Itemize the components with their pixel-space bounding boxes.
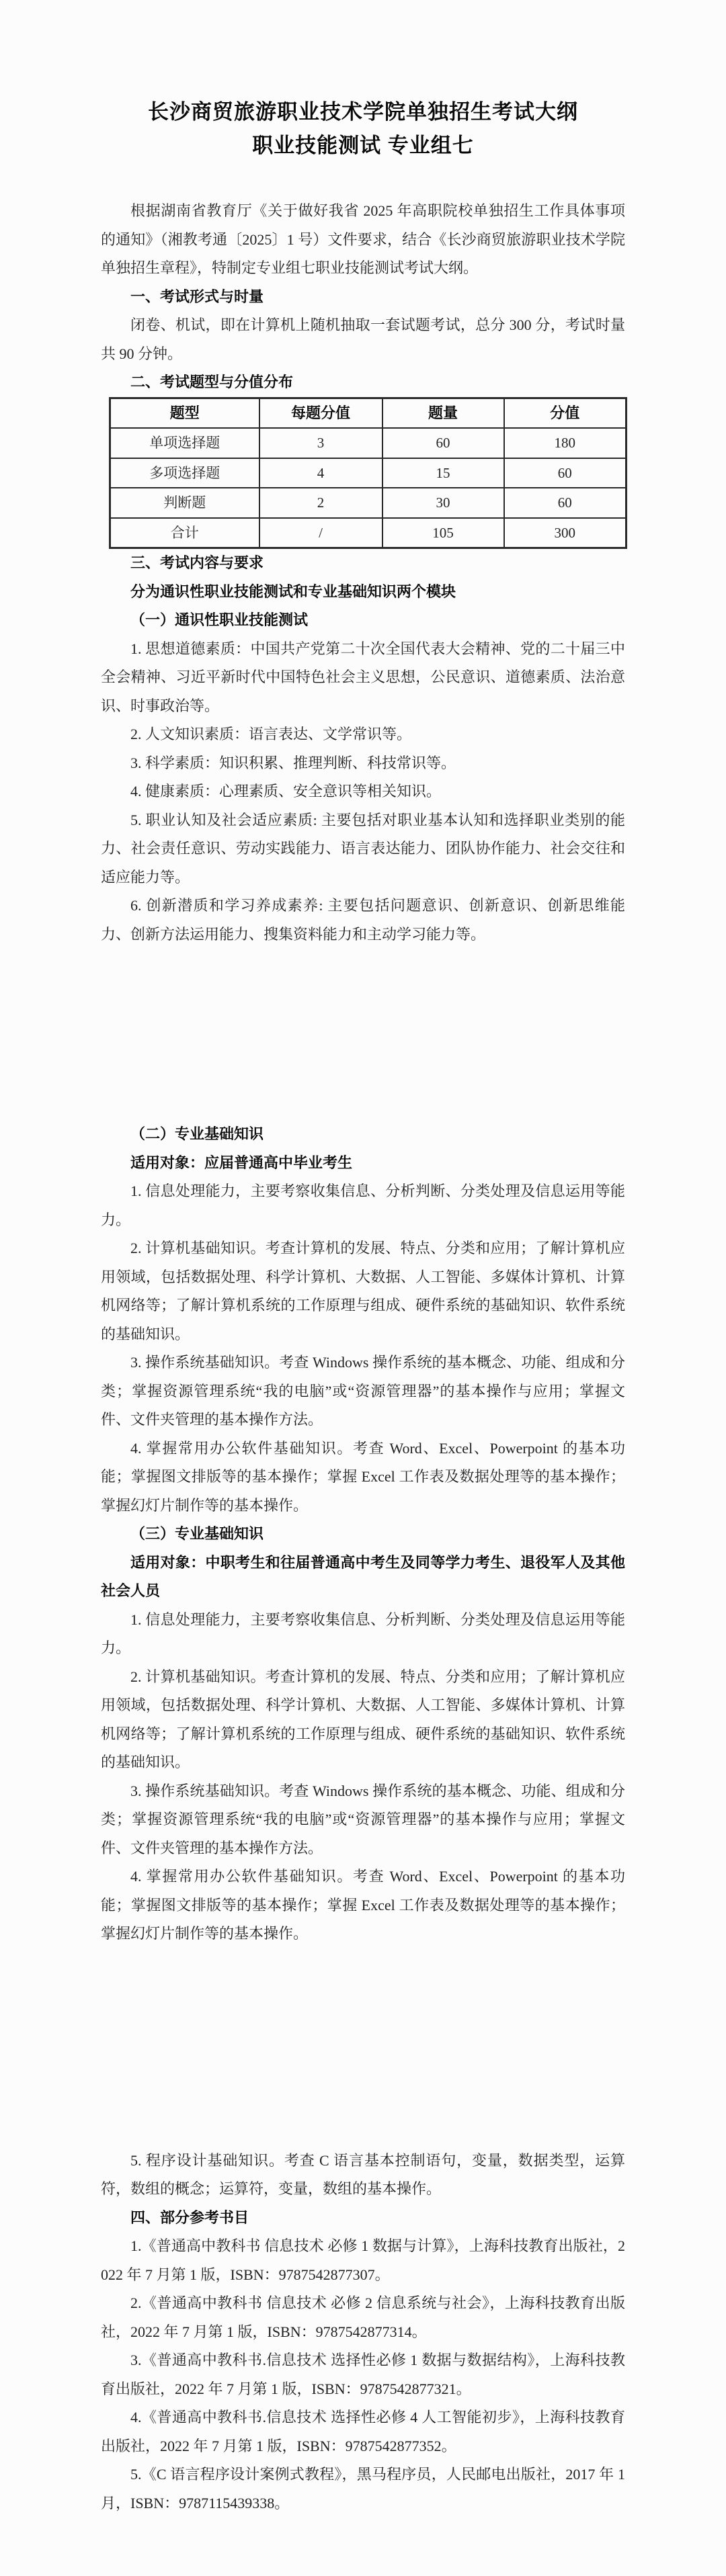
- table-cell: 30: [382, 488, 504, 518]
- section3-subtitle: 分为通识性职业技能测试和专业基础知识两个模块: [101, 578, 625, 607]
- module1-heading: （一）通识性职业技能测试: [101, 606, 625, 635]
- table-header-item-count: 题量: [382, 398, 504, 428]
- module3-heading: （三）专业基础知识: [101, 1520, 625, 1549]
- intro-paragraph: 根据湖南省教育厅《关于做好我省 2025 年高职院校单独招生工作具体事项的通知》…: [101, 197, 625, 283]
- module1-item: 5. 职业认知及社会适应素质: 主要包括对职业基本认知和选择职业类别的能力、社会…: [101, 806, 625, 892]
- reference-book-item: 2.《普通高中教科书 信息技术 必修 2 信息系统与社会》，上海科技教育出版社，…: [101, 2289, 625, 2346]
- table-cell: 300: [504, 518, 627, 548]
- reference-book-item: 5.《C 语言程序设计案例式教程》，黑马程序员，人民邮电出版社，2017 年 1…: [101, 2460, 625, 2518]
- module3-target: 适用对象：中职考生和往届普通高中考生及同等学力考生、退役军人及其他社会人员: [101, 1549, 625, 1606]
- module3-item: 5. 程序设计基础知识。考查 C 语言基本控制语句，变量，数据类型，运算符，数组…: [101, 2147, 625, 2204]
- section3-heading: 三、考试内容与要求: [101, 549, 625, 578]
- table-cell: 合计: [110, 518, 259, 548]
- module1-item: 2. 人文知识素质：语言表达、文学常识等。: [101, 720, 625, 749]
- table-row: 判断题 2 30 60: [110, 488, 627, 518]
- table-cell: 3: [259, 428, 382, 458]
- module1-item: 4. 健康素质：心理素质、安全意识等相关知识。: [101, 777, 625, 806]
- score-table-body: 单项选择题 3 60 180 多项选择题 4 15 60 判断题 2 30 60…: [110, 428, 627, 548]
- reference-book-item: 1.《普通高中教科书 信息技术 必修 1 数据与计算》，上海科技教育出版社，20…: [101, 2232, 625, 2289]
- table-cell: 180: [504, 428, 627, 458]
- module3-item: 3. 操作系统基础知识。考查 Windows 操作系统的基本概念、功能、组成和分…: [101, 1777, 625, 1863]
- section2-heading: 二、考试题型与分值分布: [101, 368, 625, 397]
- reference-book-item: 4.《普通高中教科书.信息技术 选择性必修 4 人工智能初步》，上海科技教育出版…: [101, 2403, 625, 2460]
- document-title-line1: 长沙商贸旅游职业技术学院单独招生考试大纲: [101, 95, 625, 129]
- module1-item: 3. 科学素质：知识积累、推理判断、科技常识等。: [101, 749, 625, 778]
- table-cell: 105: [382, 518, 504, 548]
- section4-heading: 四、部分参考书目: [101, 2204, 625, 2233]
- page-break-spacer: [101, 1948, 625, 2147]
- table-header-row: 题型 每题分值 题量 分值: [110, 398, 627, 428]
- table-cell: 60: [504, 458, 627, 488]
- table-row: 合计 / 105 300: [110, 518, 627, 548]
- table-cell: 多项选择题: [110, 458, 259, 488]
- document-page: 长沙商贸旅游职业技术学院单独招生考试大纲 职业技能测试 专业组七 根据湖南省教育…: [0, 0, 726, 2576]
- module3-item: 2. 计算机基础知识。考查计算机的发展、特点、分类和应用；了解计算机应用领域，包…: [101, 1663, 625, 1777]
- module2-item: 1. 信息处理能力，主要考察收集信息、分析判断、分类处理及信息运用等能力。: [101, 1177, 625, 1234]
- page-break-spacer: [101, 949, 625, 1120]
- document-title-line2: 职业技能测试 专业组七: [101, 129, 625, 163]
- table-row: 多项选择题 4 15 60: [110, 458, 627, 488]
- module2-item: 2. 计算机基础知识。考查计算机的发展、特点、分类和应用；了解计算机应用领域，包…: [101, 1234, 625, 1348]
- table-cell: 2: [259, 488, 382, 518]
- section1-body: 闭卷、机试，即在计算机上随机抽取一套试题考试，总分 300 分，考试时量共 90…: [101, 311, 625, 368]
- score-distribution-table: 题型 每题分值 题量 分值 单项选择题 3 60 180 多项选择题 4 15 …: [109, 397, 627, 550]
- module3-item: 1. 信息处理能力，主要考察收集信息、分析判断、分类处理及信息运用等能力。: [101, 1606, 625, 1663]
- table-cell: 15: [382, 458, 504, 488]
- table-header-question-type: 题型: [110, 398, 259, 428]
- table-cell: 60: [504, 488, 627, 518]
- table-cell: 判断题: [110, 488, 259, 518]
- table-cell: 4: [259, 458, 382, 488]
- table-cell: 60: [382, 428, 504, 458]
- score-table-head: 题型 每题分值 题量 分值: [110, 398, 627, 428]
- module3-item: 4. 掌握常用办公软件基础知识。考查 Word、Excel、Powerpoint…: [101, 1862, 625, 1948]
- table-cell: /: [259, 518, 382, 548]
- reference-book-item: 3.《普通高中教科书.信息技术 选择性必修 1 数据与数据结构》，上海科技教育出…: [101, 2346, 625, 2403]
- table-header-points-per-item: 每题分值: [259, 398, 382, 428]
- table-row: 单项选择题 3 60 180: [110, 428, 627, 458]
- module2-item: 3. 操作系统基础知识。考查 Windows 操作系统的基本概念、功能、组成和分…: [101, 1348, 625, 1434]
- table-cell: 单项选择题: [110, 428, 259, 458]
- module2-heading: （二）专业基础知识: [101, 1120, 625, 1149]
- module2-item: 4. 掌握常用办公软件基础知识。考查 Word、Excel、Powerpoint…: [101, 1434, 625, 1520]
- module1-item: 6. 创新潜质和学习养成素养: 主要包括问题意识、创新意识、创新思维能力、创新方…: [101, 892, 625, 949]
- module1-item: 1. 思想道德素质：中国共产党第二十次全国代表大会精神、党的二十届三中全会精神、…: [101, 635, 625, 721]
- table-header-total-points: 分值: [504, 398, 627, 428]
- module2-target: 适用对象：应届普通高中毕业考生: [101, 1149, 625, 1178]
- section1-heading: 一、考试形式与时量: [101, 283, 625, 312]
